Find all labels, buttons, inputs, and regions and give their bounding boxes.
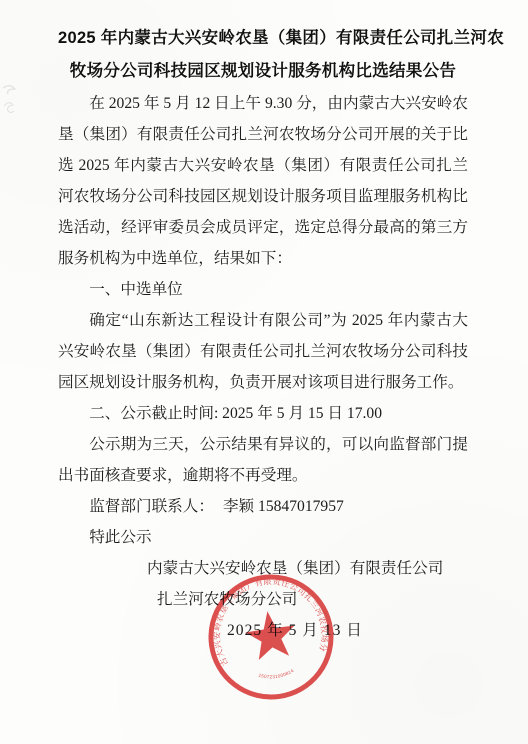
document-page: 2025 年内蒙古大兴安岭农垦（集团）有限责任公司扎兰河农 牧场分公司科技园区规… — [0, 0, 528, 744]
closing-line: 特此公示 — [58, 522, 468, 553]
signature-branch: 扎兰河农牧场分公司 — [157, 584, 468, 615]
objection-paragraph: 公示期为三天，公示结果有异议的，可以向监督部门提出书面核查要求，逾期将不再受理。 — [58, 429, 468, 491]
opening-paragraph: 在 2025 年 5 月 12 日上午 9.30 分，由内蒙古大兴安岭农垦（集团… — [58, 88, 468, 274]
pencil-scan-marks — [0, 80, 26, 130]
document-body: 2025 年内蒙古大兴安岭农垦（集团）有限责任公司扎兰河农 牧场分公司科技园区规… — [58, 22, 468, 646]
contact-name-phone: 李颖 15847017957 — [223, 498, 344, 515]
signature-company: 内蒙古大兴安岭农垦（集团）有限责任公司 — [147, 553, 468, 584]
contact-label: 监督部门联系人： — [89, 498, 214, 515]
signature-date: 2025 年 5 月 13 日 — [227, 615, 468, 646]
contact-line: 监督部门联系人：李颖 15847017957 — [58, 491, 468, 522]
document-title-line-1: 2025 年内蒙古大兴安岭农垦（集团）有限责任公司扎兰河农 — [58, 22, 468, 55]
selected-unit-paragraph: 确定“山东新达工程设计有限公司”为 2025 年内蒙古大兴安岭农垦（集团）有限责… — [58, 305, 468, 398]
document-title-line-2: 牧场分公司科技园区规划设计服务机构比选结果公告 — [58, 55, 468, 88]
section-heading-selected-unit: 一、中选单位 — [58, 274, 468, 305]
seal-serial-number: 1507231000814 — [257, 668, 295, 682]
section-heading-deadline: 二、公示截止时间: 2025 年 5 月 15 日 17.00 — [58, 398, 468, 429]
